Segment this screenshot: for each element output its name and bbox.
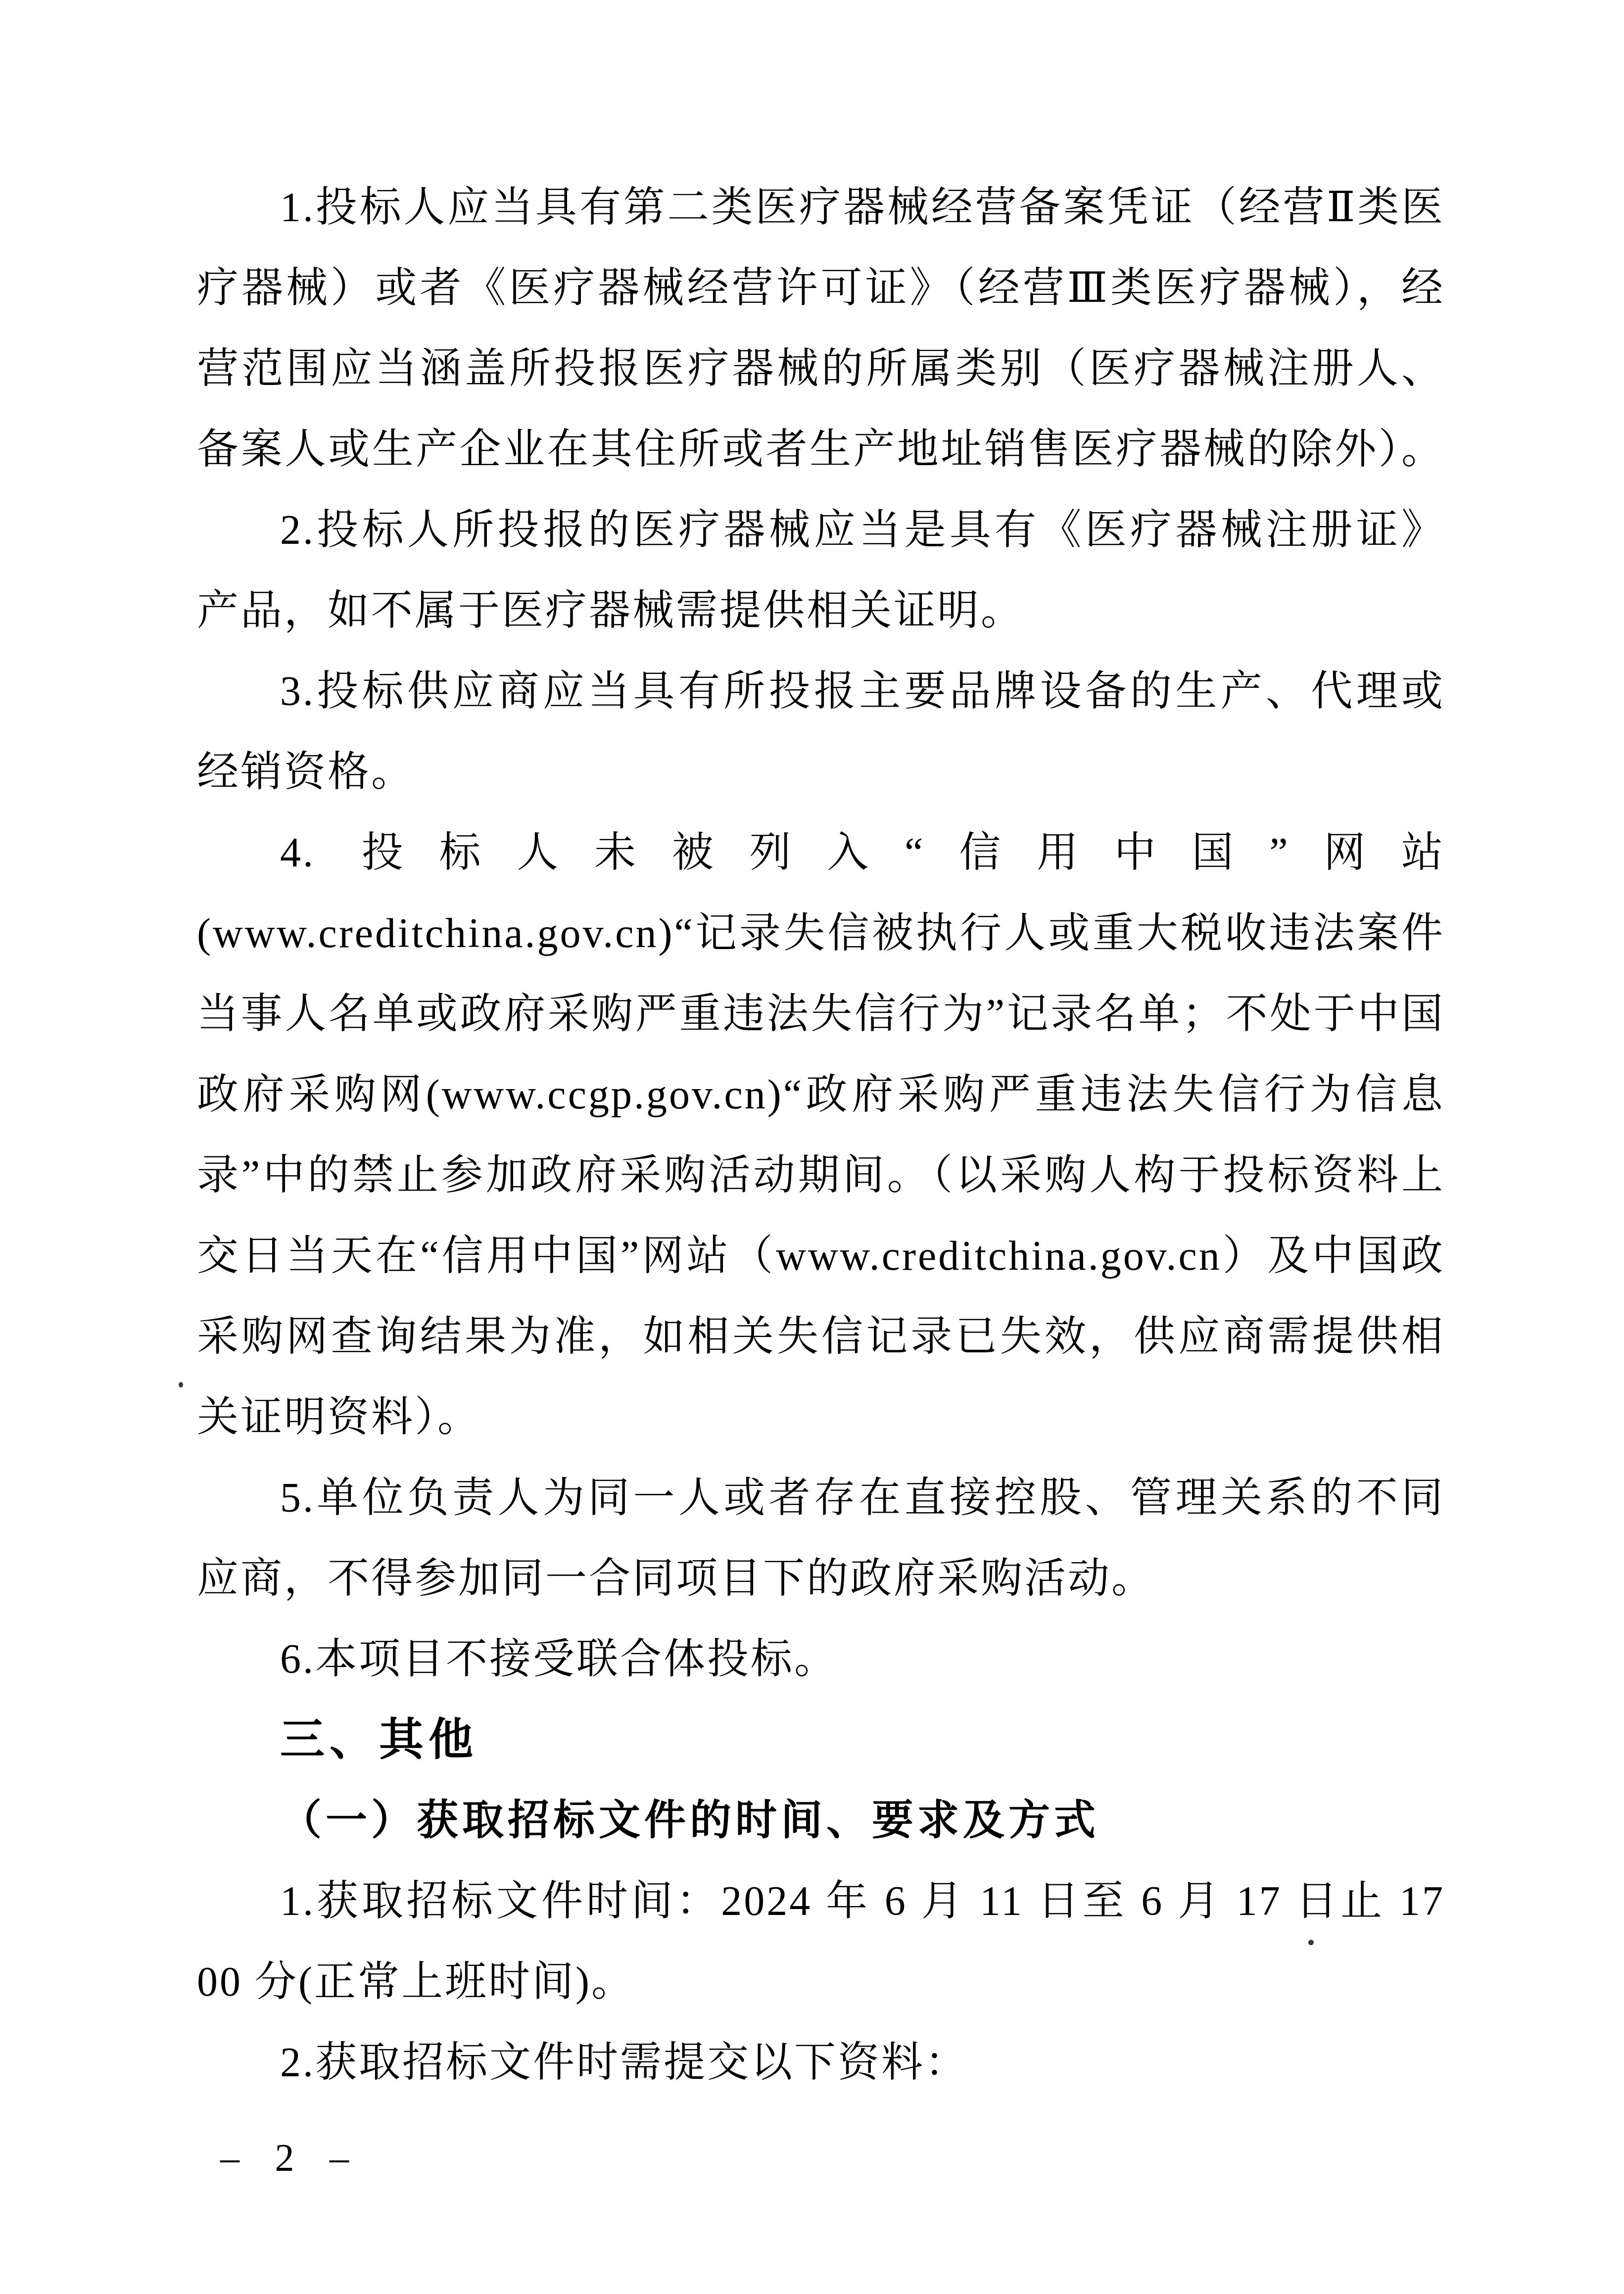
clause-1-line-3: 营范围应当涵盖所投报医疗器械的所属类别（医疗器械注册人、 — [197, 329, 1445, 409]
clause-4-line-5: 录”中的禁止参加政府采购活动期间。（以采购人构于投标资料上 — [197, 1135, 1445, 1216]
clause-1-line-1: 1.投标人应当具有第二类医疗器械经营备案凭证（经营Ⅱ类医 — [197, 167, 1445, 248]
scan-speck — [1308, 1940, 1314, 1945]
clause-6-line-1: 6.本项目不接受联合体投标。 — [197, 1619, 1445, 1700]
clause-1-line-4: 备案人或生产企业在其住所或者生产地址销售医疗器械的除外）。 — [197, 409, 1445, 490]
clause-4-line-4: 政府采购网(www.ccgp.gov.cn)“政府采购严重违法失信行为信息记 — [197, 1054, 1445, 1135]
clause-3-line-2: 经销资格。 — [197, 732, 1445, 812]
scanned-document-page: 1.投标人应当具有第二类医疗器械经营备案凭证（经营Ⅱ类医 疗器械）或者《医疗器械… — [0, 0, 1624, 2294]
clause-4-line-8: 关证明资料）。 — [197, 1377, 1445, 1458]
clause-5-line-2: 应商，不得参加同一合同项目下的政府采购活动。 — [197, 1538, 1445, 1619]
obtain-time-line-1: 1.获取招标文件时间：2024 年 6 月 11 日至 6 月 17 日止 17… — [197, 1861, 1445, 1942]
clause-4-line-6: 交日当天在“信用中国”网站（www.creditchina.gov.cn）及中国… — [197, 1216, 1445, 1296]
clause-5-line-1: 5.单位负责人为同一人或者存在直接控股、管理关系的不同供 — [197, 1458, 1445, 1538]
scan-speck — [179, 1382, 183, 1387]
clause-4-line-2: (www.creditchina.gov.cn)“记录失信被执行人或重大税收违法… — [197, 893, 1445, 974]
clause-2-line-2: 产品，如不属于医疗器械需提供相关证明。 — [197, 571, 1445, 651]
document-text-block: 1.投标人应当具有第二类医疗器械经营备案凭证（经营Ⅱ类医 疗器械）或者《医疗器械… — [197, 167, 1445, 2103]
obtain-materials-line-1: 2.获取招标文件时需提交以下资料： — [197, 2022, 1445, 2103]
clause-4-line-3: 当事人名单或政府采购严重违法失信行为”记录名单；不处于中国 — [197, 974, 1445, 1054]
obtain-time-line-2: 00 分(正常上班时间)。 — [197, 1942, 1445, 2022]
subsection-heading-obtain-documents: （一）获取招标文件的时间、要求及方式 — [197, 1780, 1445, 1861]
clause-4-line-7: 采购网查询结果为准，如相关失信记录已失效，供应商需提供相 — [197, 1296, 1445, 1377]
clause-1-line-2: 疗器械）或者《医疗器械经营许可证》（经营Ⅲ类医疗器械），经 — [197, 248, 1445, 329]
clause-3-line-1: 3.投标供应商应当具有所投报主要品牌设备的生产、代理或者 — [197, 651, 1445, 732]
clause-2-line-1: 2.投标人所投报的医疗器械应当是具有《医疗器械注册证》的 — [197, 490, 1445, 571]
page-number: – 2 – — [220, 2128, 362, 2187]
clause-4-line-1: 4. 投标人未被列入“信用中国”网站 — [197, 812, 1445, 893]
section-heading-other: 三、其他 — [197, 1700, 1445, 1780]
